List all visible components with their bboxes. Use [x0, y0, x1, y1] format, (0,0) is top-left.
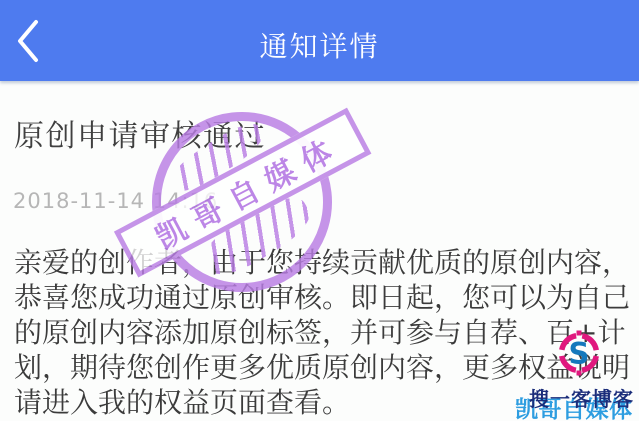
notice-title: 原创申请审核通过	[14, 120, 266, 154]
back-button[interactable]	[6, 16, 50, 66]
notice-body-line: 恭喜您成功通过原创审核。即日起，您可以为自己	[14, 280, 634, 315]
notice-body-line: 的原创内容添加原创标签，并可参与自荐、百+计	[14, 315, 634, 350]
header-bar: 通知详情	[0, 0, 639, 81]
chevron-left-icon	[13, 18, 43, 64]
watermark-blog-name: 搜一客博客	[529, 383, 634, 412]
notice-date: 2018-11-14 14:16	[13, 189, 218, 213]
s-logo-letter: S	[569, 337, 590, 371]
notice-body-line: 划，期待您创作更多优质原创内容，更多权益说明	[14, 350, 634, 385]
notice-body-line: 亲爱的创作者，由于您持续贡献优质的原创内容，	[14, 245, 634, 280]
s-logo-icon: S	[556, 330, 602, 376]
page-title: 通知详情	[259, 16, 379, 65]
